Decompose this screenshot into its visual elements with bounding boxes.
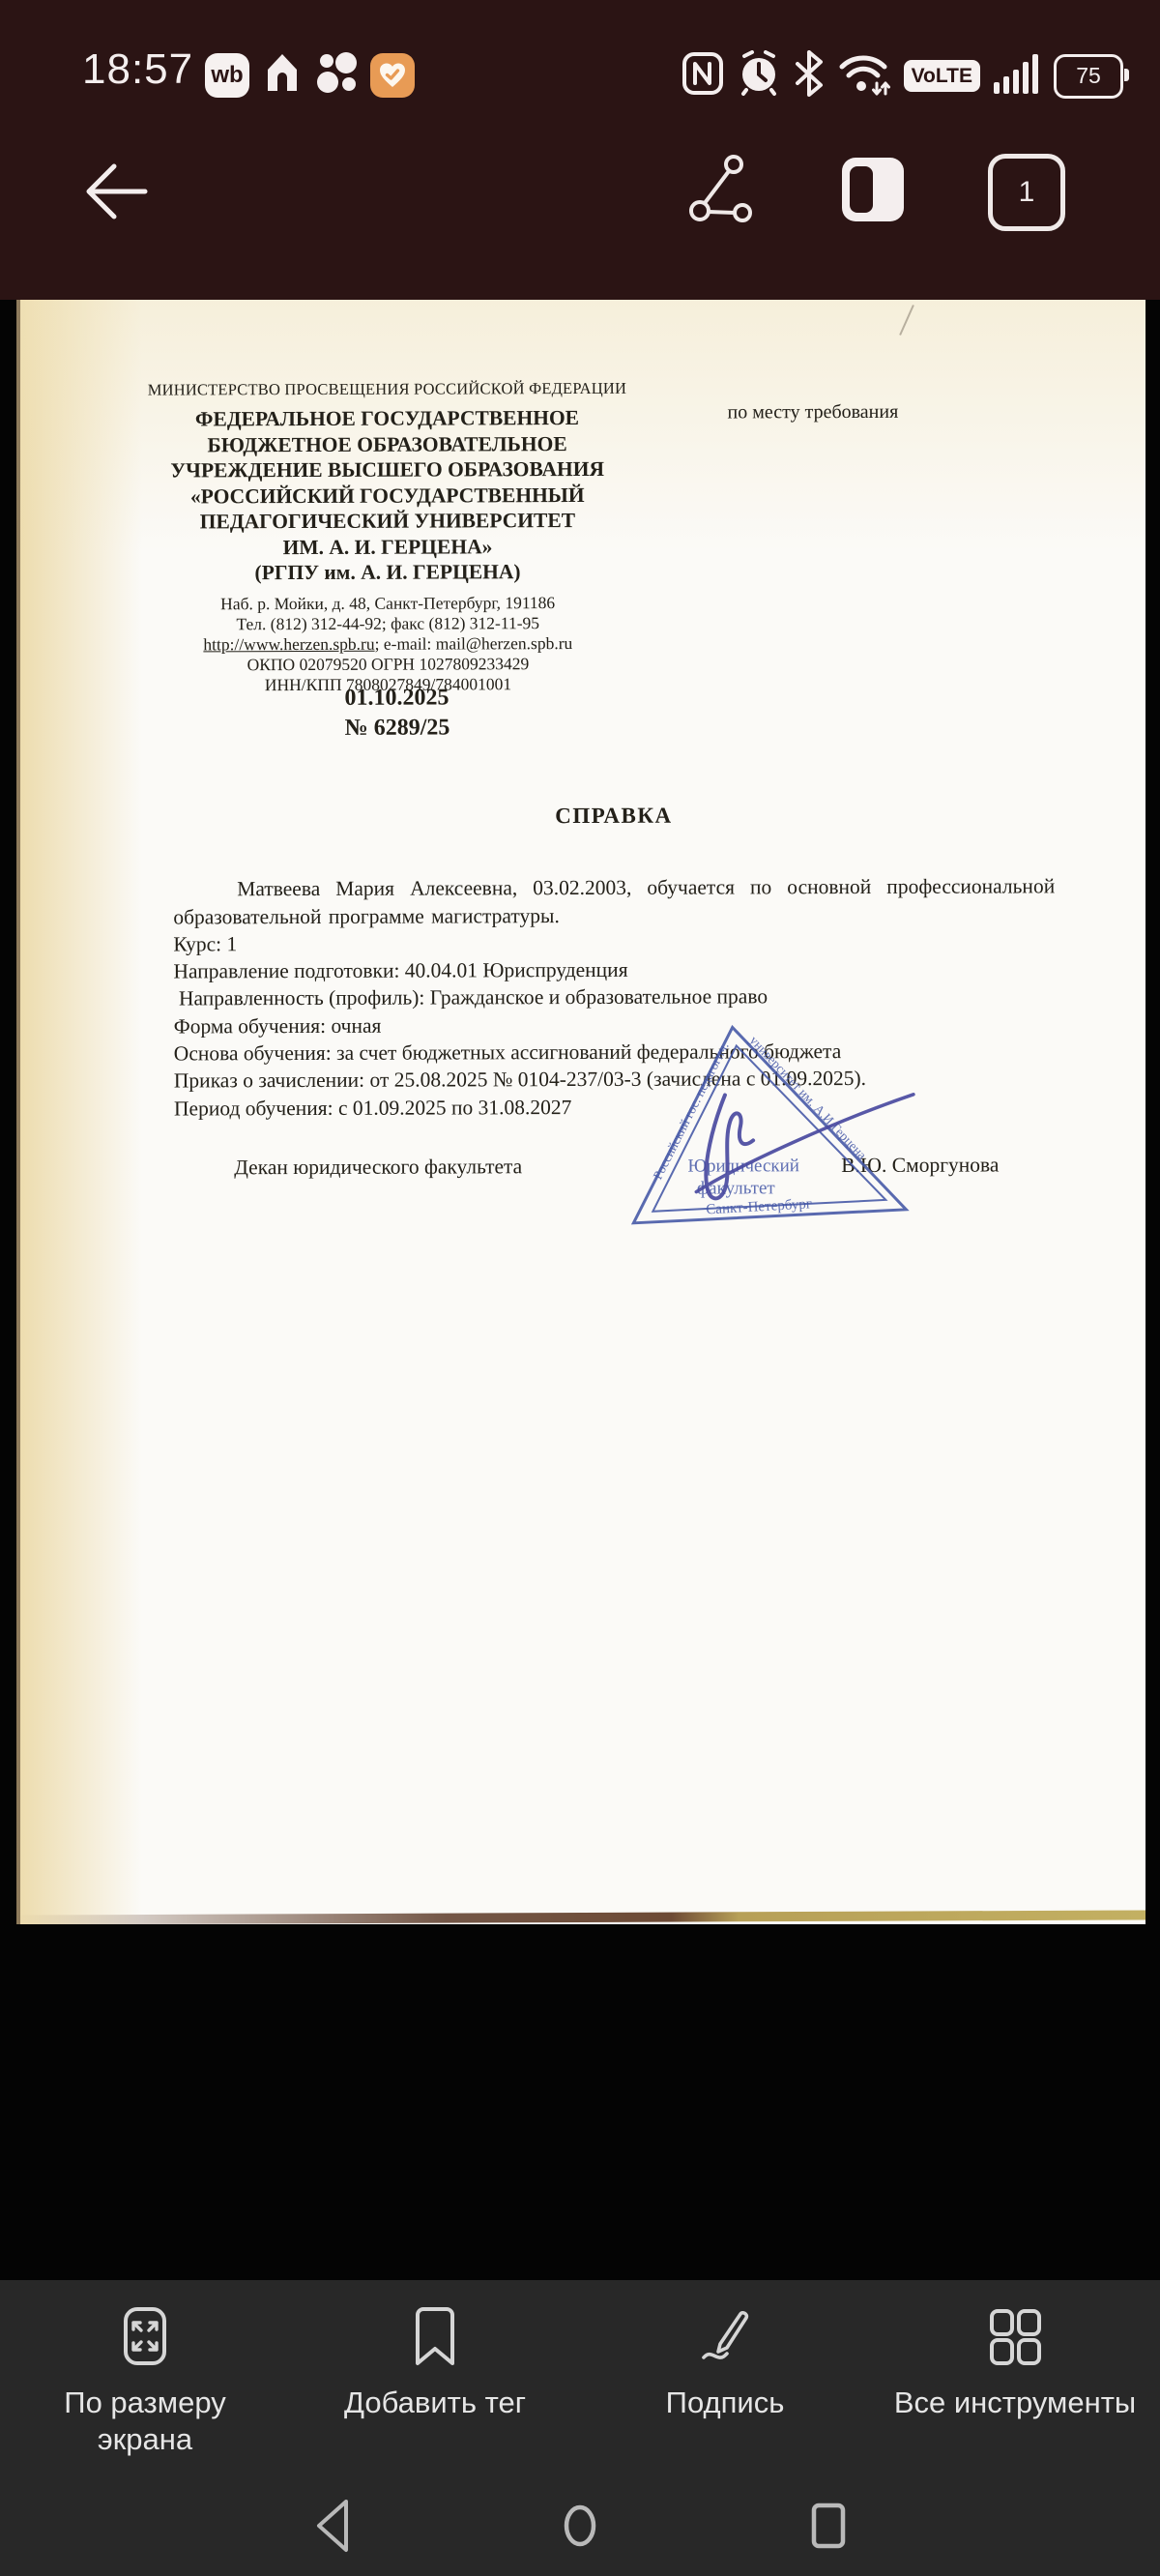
doc-number: № 6289/25 bbox=[345, 713, 450, 743]
org-url: http://www.herzen.spb.ru bbox=[203, 633, 374, 654]
signature-button[interactable]: Подпись bbox=[580, 2280, 870, 2458]
date-number-block: 01.10.2025 № 6289/25 bbox=[344, 683, 449, 743]
signer-role: Декан юридического факультета bbox=[234, 1155, 522, 1180]
nfc-icon bbox=[681, 51, 724, 101]
wifi-icon bbox=[836, 50, 892, 102]
nav-back-button[interactable] bbox=[294, 2489, 371, 2562]
detail-line: Курс: 1 bbox=[173, 927, 1055, 957]
top-chrome: 18:57 wb bbox=[0, 0, 1160, 300]
tools-row: По размеру экрана Добавить тег Подпись bbox=[0, 2280, 1160, 2458]
fit-screen-button[interactable]: По размеру экрана bbox=[0, 2280, 290, 2458]
org-line: БЮДЖЕТНОЕ ОБРАЗОВАТЕЛЬНОЕ bbox=[138, 430, 637, 457]
add-tag-button[interactable]: Добавить тег bbox=[290, 2280, 580, 2458]
system-status-icons: VoLTE 75 bbox=[681, 50, 1123, 102]
detail-line: Основа обучения: за счет бюджетных ассиг… bbox=[174, 1037, 1056, 1067]
battery-percent: 75 bbox=[1076, 63, 1101, 89]
detail-line: Направленность (профиль): Гражданское и … bbox=[174, 982, 1056, 1012]
document-content: по месту требования МИНИСТЕРСТВО ПРОСВЕЩ… bbox=[16, 300, 1145, 1924]
gallery-dots-icon bbox=[315, 50, 360, 100]
org-email: ; e-mail: mail@herzen.spb.ru bbox=[375, 633, 573, 654]
add-tag-label: Добавить тег bbox=[344, 2385, 526, 2421]
all-tools-button[interactable]: Все инструменты bbox=[870, 2280, 1160, 2458]
bookmark-icon bbox=[400, 2299, 470, 2373]
status-bar: 18:57 wb bbox=[0, 0, 1160, 114]
doc-date: 01.10.2025 bbox=[344, 683, 449, 713]
doc-title: СПРАВКА bbox=[173, 801, 1055, 831]
letterhead: МИНИСТЕРСТВО ПРОСВЕЩЕНИЯ РОССИЙСКОЙ ФЕДЕ… bbox=[137, 379, 637, 695]
side-panel-button[interactable] bbox=[841, 157, 905, 227]
signature-pen-icon bbox=[690, 2299, 760, 2373]
status-clock: 18:57 bbox=[82, 48, 193, 91]
fit-screen-icon bbox=[110, 2299, 180, 2373]
android-nav-bar bbox=[0, 2475, 1160, 2576]
signature-row: Декан юридического факультета В.Ю. Сморг… bbox=[16, 1153, 1145, 1156]
page-number: 1 bbox=[1019, 176, 1035, 209]
home-icon bbox=[260, 50, 304, 100]
address-line: http://www.herzen.spb.ru; e-mail: mail@h… bbox=[138, 632, 637, 655]
signal-icon bbox=[992, 51, 1042, 101]
detail-line: Форма обучения: очная bbox=[174, 1010, 1056, 1039]
wb-label: wb bbox=[211, 62, 243, 89]
notification-icons: wb bbox=[205, 50, 415, 100]
wb-app-icon: wb bbox=[205, 53, 249, 98]
stamp-right-text: университет им. А.И.Герцена bbox=[747, 1033, 870, 1162]
document-body: СПРАВКА Матвеева Мария Алексеевна, 03.02… bbox=[173, 801, 1056, 1122]
org-line: ФЕДЕРАЛЬНОЕ ГОСУДАРСТВЕННОЕ bbox=[137, 405, 636, 432]
org-line: «РОССИЙСКИЙ ГОСУДАРСТВЕННЫЙ bbox=[138, 482, 637, 509]
document-viewport[interactable]: по месту требования МИНИСТЕРСТВО ПРОСВЕЩ… bbox=[0, 300, 1160, 2280]
nav-recents-button[interactable] bbox=[790, 2489, 867, 2562]
document-page[interactable]: по месту требования МИНИСТЕРСТВО ПРОСВЕЩ… bbox=[16, 300, 1145, 1924]
ministry-line: МИНИСТЕРСТВО ПРОСВЕЩЕНИЯ РОССИЙСКОЙ ФЕДЕ… bbox=[137, 379, 636, 400]
org-line: УЧРЕЖДЕНИЕ ВЫСШЕГО ОБРАЗОВАНИЯ bbox=[138, 456, 637, 483]
health-heart-icon bbox=[370, 53, 415, 98]
bottom-panel: По размеру экрана Добавить тег Подпись bbox=[0, 2280, 1160, 2576]
all-tools-label: Все инструменты bbox=[894, 2385, 1136, 2421]
page-indicator[interactable]: 1 bbox=[988, 154, 1065, 231]
doc-paragraph: Матвеева Мария Алексеевна, 03.02.2003, о… bbox=[173, 873, 1055, 931]
viewer-toolbar: 1 bbox=[0, 114, 1160, 300]
detail-line: Период обучения: с 01.09.2025 по 31.08.2… bbox=[174, 1092, 1056, 1122]
annotate-nodes-button[interactable] bbox=[688, 153, 758, 231]
address-line: ОКПО 02079520 ОГРН 1027809233429 bbox=[138, 653, 637, 675]
faculty-stamp: Российский гос. педагогич. университет и… bbox=[623, 1019, 924, 1238]
grid-icon bbox=[980, 2299, 1050, 2373]
volte-badge: VoLTE bbox=[904, 60, 980, 92]
corner-note: по месту требования bbox=[727, 401, 898, 424]
battery-icon: 75 bbox=[1054, 54, 1123, 99]
fit-screen-label: По размеру экрана bbox=[39, 2385, 251, 2458]
back-button[interactable] bbox=[75, 151, 157, 232]
address-block: Наб. р. Мойки, д. 48, Санкт-Петербург, 1… bbox=[138, 592, 637, 695]
detail-line: Направление подготовки: 40.04.01 Юриспру… bbox=[173, 954, 1055, 984]
address-line: Наб. р. Мойки, д. 48, Санкт-Петербург, 1… bbox=[138, 592, 637, 614]
org-line: ПЕДАГОГИЧЕСКИЙ УНИВЕРСИТЕТ bbox=[138, 508, 637, 535]
org-line: ИМ. А. И. ГЕРЦЕНА» bbox=[138, 533, 637, 560]
detail-line: Приказ о зачислении: от 25.08.2025 № 010… bbox=[174, 1065, 1056, 1095]
address-line: Тел. (812) 312-44-92; факс (812) 312-11-… bbox=[138, 612, 637, 634]
bluetooth-icon bbox=[794, 50, 825, 102]
org-line: (РГПУ им. А. И. ГЕРЦЕНА) bbox=[138, 559, 637, 586]
signature-label: Подпись bbox=[666, 2385, 785, 2421]
nav-home-button[interactable] bbox=[541, 2489, 619, 2562]
alarm-icon bbox=[736, 50, 782, 102]
